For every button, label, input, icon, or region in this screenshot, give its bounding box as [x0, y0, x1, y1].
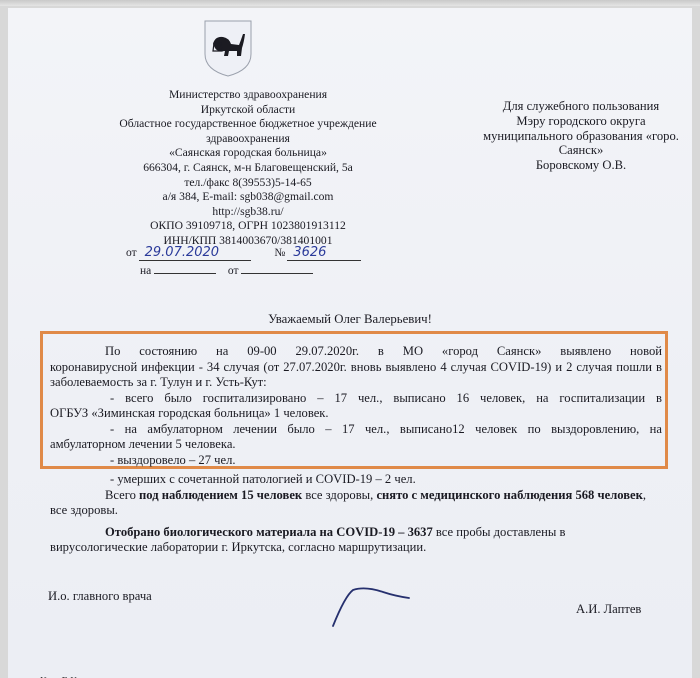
recipient-line: Для служебного пользования	[476, 99, 686, 114]
hospitalized-line: - всего было госпитализировано – 17 чел.…	[50, 391, 662, 407]
observation-paragraph: Всего под наблюдением 15 человек все здо…	[50, 488, 662, 519]
sender-okpo: ОКПО 39109718, ОГРН 1023801913112	[103, 219, 393, 234]
outgoing-date-row: от29.07.2020 №3626	[126, 246, 361, 261]
recipient-name: Боровскому О.В.	[476, 158, 686, 173]
top-edge	[0, 0, 700, 6]
sender-phone: тел./факс 8(39553)5-14-65	[103, 176, 393, 191]
samples-count: Отобрано биологического материала на COV…	[105, 525, 433, 539]
ref-blank	[154, 263, 216, 274]
status-line: По состоянию на 09-00 29.07.2020г. в МО …	[50, 344, 662, 360]
sender-line: Иркутской области	[103, 103, 393, 118]
recipient-line: Саянск»	[476, 143, 686, 158]
sender-block: Министерство здравоохранения Иркутской о…	[103, 88, 393, 249]
recipient-line: Мэру городского округа	[476, 114, 686, 129]
sender-line: здравоохранения	[103, 132, 393, 147]
sender-line: Областное государственное бюджетное учре…	[103, 117, 393, 132]
recipient-line: муниципального образования «горо.	[476, 129, 686, 144]
sender-address: 666304, г. Саянск, м-н Благовещенский, 5…	[103, 161, 393, 176]
sender-website: http://sgb38.ru/	[103, 205, 393, 220]
ref-label: на	[140, 265, 151, 277]
samples-paragraph: Отобрано биологического материала на COV…	[50, 525, 662, 556]
number-label: №	[274, 247, 285, 259]
signer-position: И.о. главного врача	[48, 589, 152, 604]
released-count: снято с медицинского наблюдения 568 чело…	[376, 488, 642, 502]
outpatient-line-2: амбулаторном лечении 5 человека.	[50, 437, 662, 453]
sender-line: Министерство здравоохранения	[103, 88, 393, 103]
signature-icon	[323, 582, 443, 632]
observation-text: Всего	[105, 488, 139, 502]
number-value: 3626	[287, 246, 361, 261]
recovered-line: - выздоровело – 27 чел.	[50, 453, 662, 469]
ref-from-blank	[241, 263, 313, 274]
letter-page: Министерство здравоохранения Иркутской о…	[8, 8, 692, 678]
sender-line: «Саянская городская больница»	[103, 146, 393, 161]
ref-from-label: от	[228, 265, 239, 277]
observation-text: все здоровы,	[302, 488, 376, 502]
hospitalized-line-2: ОГБУЗ «Зиминская городская больница» 1 ч…	[50, 406, 662, 422]
letter-body: По состоянию на 09-00 29.07.2020г. в МО …	[50, 344, 662, 468]
reference-row: на от	[140, 263, 313, 277]
deceased-line: - умерших с сочетанной патологией и COVI…	[50, 472, 662, 488]
greeting: Уважаемый Олег Валерьевич!	[8, 312, 692, 327]
signer-name: А.И. Лаптев	[576, 602, 641, 617]
date-value: 29.07.2020	[139, 246, 251, 261]
outpatient-line: - на амбулаторном лечении было – 17 чел.…	[50, 422, 662, 438]
recipient-block: Для служебного пользования Мэру городско…	[476, 99, 686, 173]
cases-summary: коронавирусной инфекции - 34 случая (от …	[50, 360, 662, 391]
sender-email: а/я 384, E-mail: sgb038@gmail.com	[103, 190, 393, 205]
date-label: от	[126, 247, 137, 259]
letter-body-continued: - умерших с сочетанной патологией и COVI…	[50, 472, 662, 556]
observation-count: под наблюдением 15 человек	[139, 488, 302, 502]
coat-of-arms-icon	[201, 18, 255, 78]
